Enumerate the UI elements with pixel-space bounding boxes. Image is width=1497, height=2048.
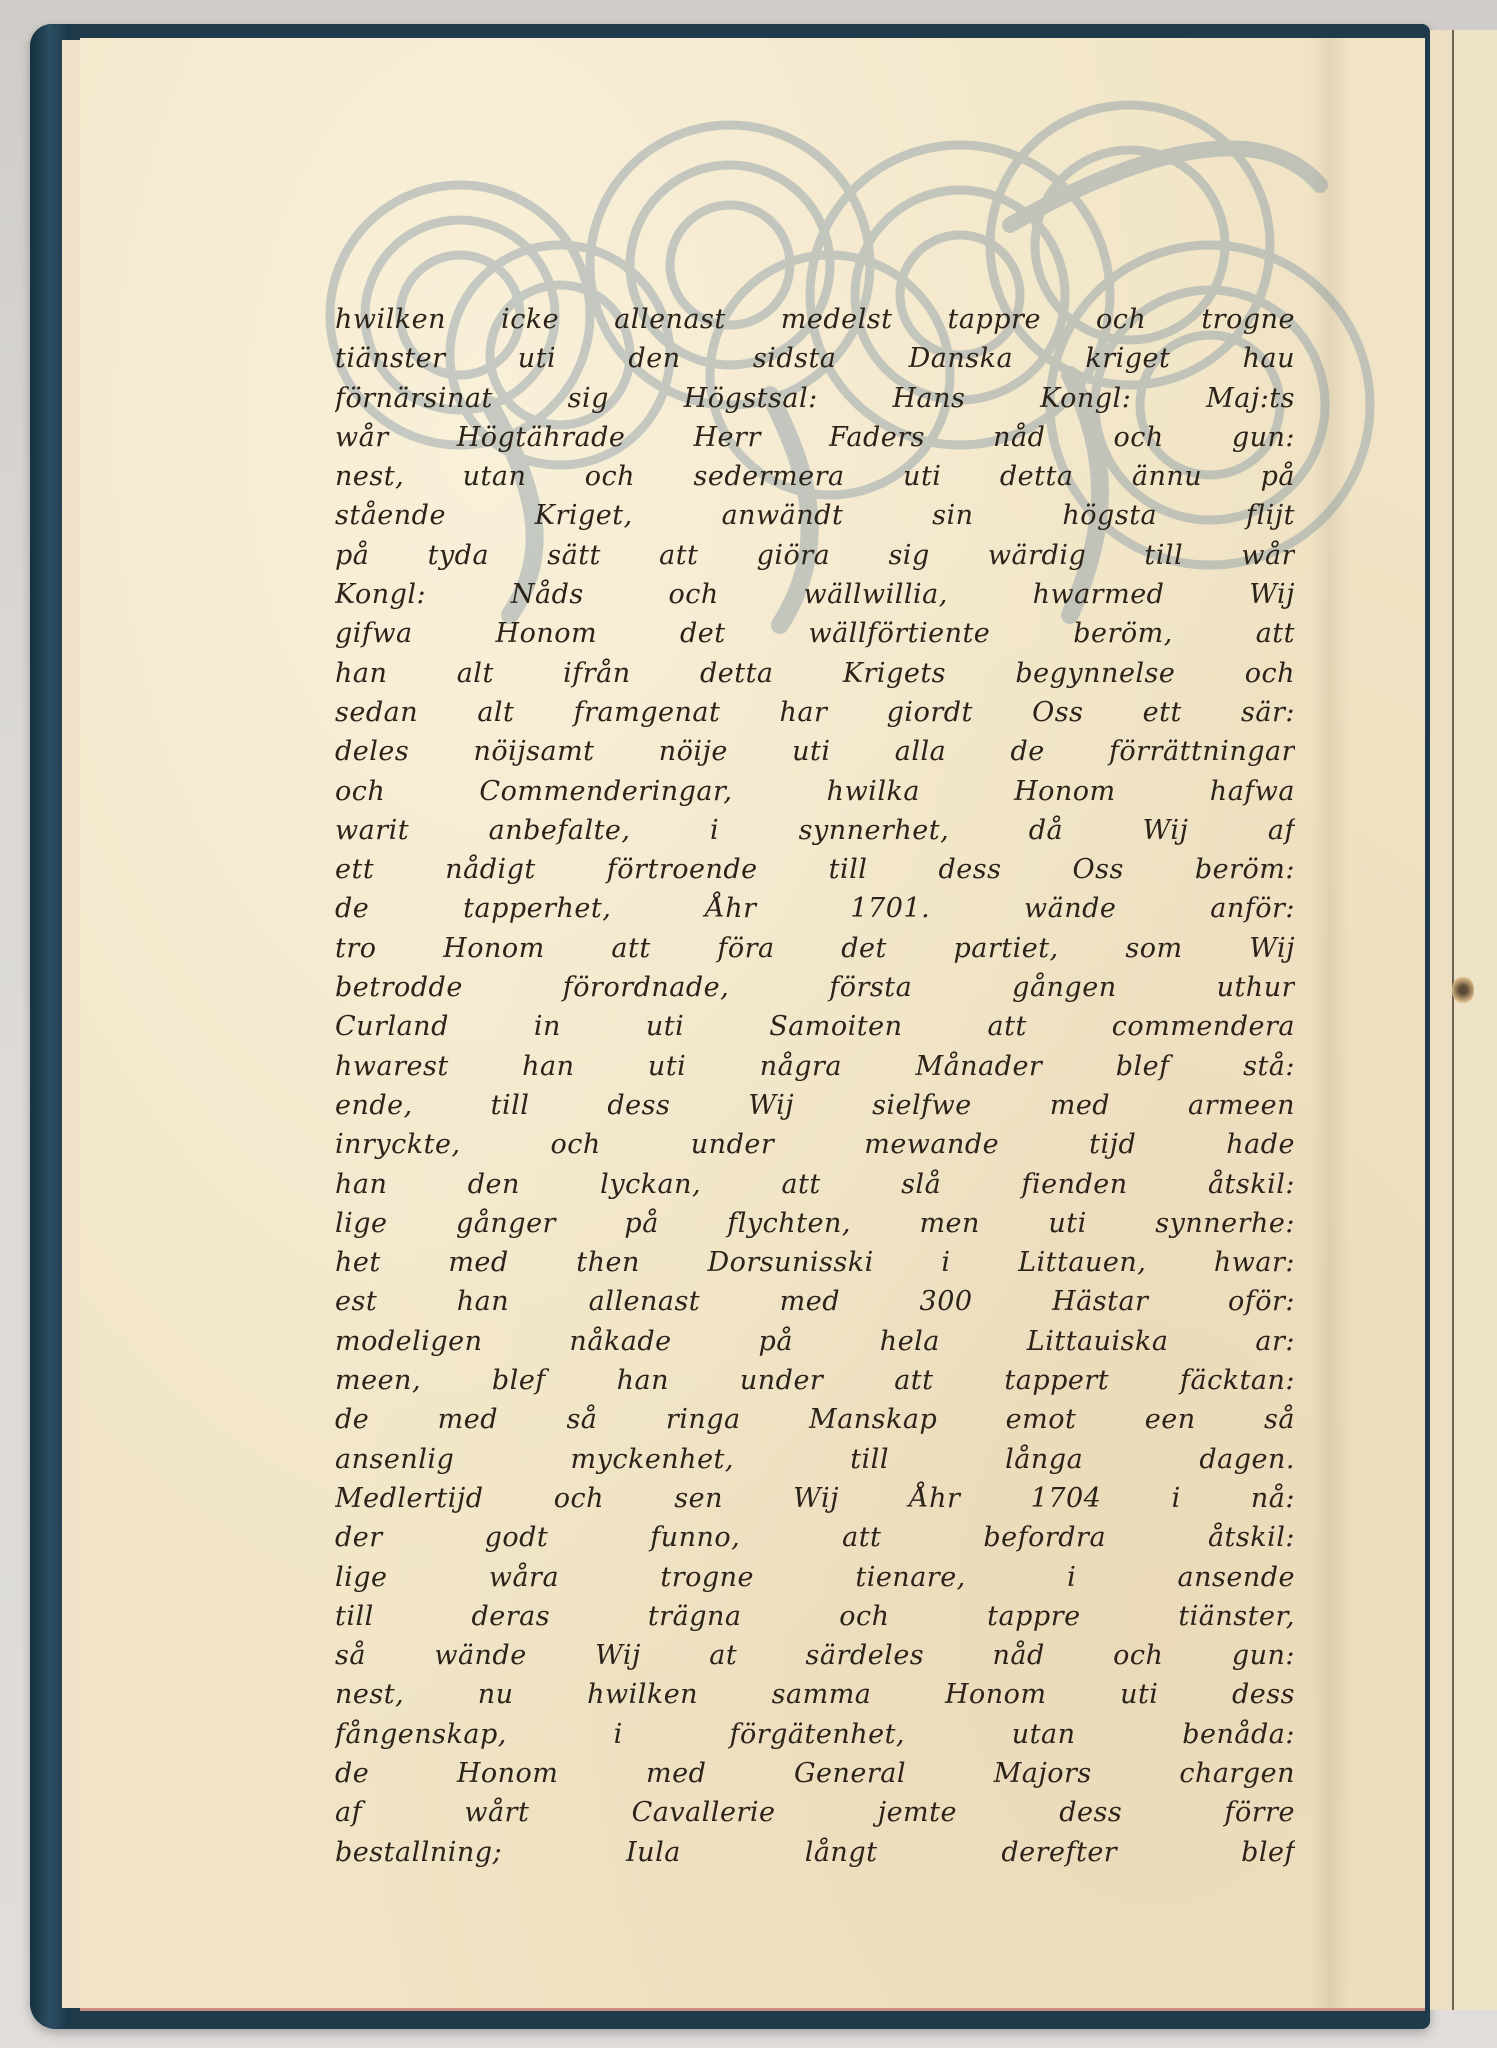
text-line: de med så ringa Manskap emot een så	[335, 1400, 1295, 1439]
text-line: på tyda sätt att giöra sig wärdig till w…	[335, 536, 1295, 575]
text-line: deles nöijsamt nöije uti alla de förrätt…	[335, 732, 1295, 771]
binding-stitch	[1452, 975, 1474, 1005]
text-line: gifwa Honom det wällförtiente beröm, att	[335, 614, 1295, 653]
text-line: de tapperhet, Åhr 1701. wände anför:	[335, 889, 1295, 928]
text-line: hwarest han uti några Månader blef stå:	[335, 1047, 1295, 1086]
text-line: der godt funno, att befordra åtskil:	[335, 1518, 1295, 1557]
text-line: han alt ifrån detta Krigets begynnelse o…	[335, 654, 1295, 693]
text-line: est han allenast med 300 Hästar oför:	[335, 1282, 1295, 1321]
text-line: sedan alt framgenat har giordt Oss ett s…	[335, 693, 1295, 732]
page-stack-edge	[62, 40, 81, 2008]
text-line: bestallning; Iula långt derefter blef	[335, 1833, 1295, 1872]
text-line: han den lyckan, att slå fienden åtskil:	[335, 1165, 1295, 1204]
text-line: inryckte, och under mewande tijd hade	[335, 1125, 1295, 1164]
text-line: lige gånger på flychten, men uti synnerh…	[335, 1204, 1295, 1243]
text-line: modeligen nåkade på hela Littauiska ar:	[335, 1322, 1295, 1361]
text-line: nest, utan och sedermera uti detta ännu …	[335, 457, 1295, 496]
text-line: Medlertijd och sen Wij Åhr 1704 i nå:	[335, 1479, 1295, 1518]
text-line: af wårt Cavallerie jemte dess förre	[335, 1793, 1295, 1832]
text-line: Kongl: Nåds och wällwillia, hwarmed Wij	[335, 575, 1295, 614]
text-line: tro Honom att föra det partiet, som Wij	[335, 929, 1295, 968]
text-line: förnärsinat sig Högstsal: Hans Kongl: Ma…	[335, 379, 1295, 418]
text-line: Curland in uti Samoiten att commendera	[335, 1007, 1295, 1046]
facing-page	[1452, 30, 1497, 2010]
text-line: så wände Wij at särdeles nåd och gun:	[335, 1636, 1295, 1675]
text-line: och Commenderingar, hwilka Honom hafwa	[335, 772, 1295, 811]
text-line: betrodde förordnade, första gången uthur	[335, 968, 1295, 1007]
text-line: tiänster uti den sidsta Danska kriget ha…	[335, 339, 1295, 378]
text-line: ende, till dess Wij sielfwe med armeen	[335, 1086, 1295, 1125]
text-line: warit anbefalte, i synnerhet, då Wij af	[335, 811, 1295, 850]
text-line: till deras trägna och tappre tiänster,	[335, 1597, 1295, 1636]
manuscript-text: hwilken icke allenast medelst tappre och…	[335, 300, 1295, 1872]
text-line: ett nådigt förtroende till dess Oss berö…	[335, 850, 1295, 889]
text-line: lige wåra trogne tienare, i ansende	[335, 1558, 1295, 1597]
text-line: fångenskap, i förgätenhet, utan benåda:	[335, 1715, 1295, 1754]
text-line: nest, nu hwilken samma Honom uti dess	[335, 1675, 1295, 1714]
text-line: meen, blef han under att tappert fäcktan…	[335, 1361, 1295, 1400]
right-page-edge	[1430, 30, 1452, 2010]
text-line: de Honom med General Majors chargen	[335, 1754, 1295, 1793]
text-line: hwilken icke allenast medelst tappre och…	[335, 300, 1295, 339]
text-line: stående Kriget, anwändt sin högsta flijt	[335, 496, 1295, 535]
text-line: ansenlig myckenhet, till långa dagen.	[335, 1440, 1295, 1479]
text-line: het med then Dorsunisski i Littauen, hwa…	[335, 1243, 1295, 1282]
text-line: wår Högtährade Herr Faders nåd och gun:	[335, 418, 1295, 457]
